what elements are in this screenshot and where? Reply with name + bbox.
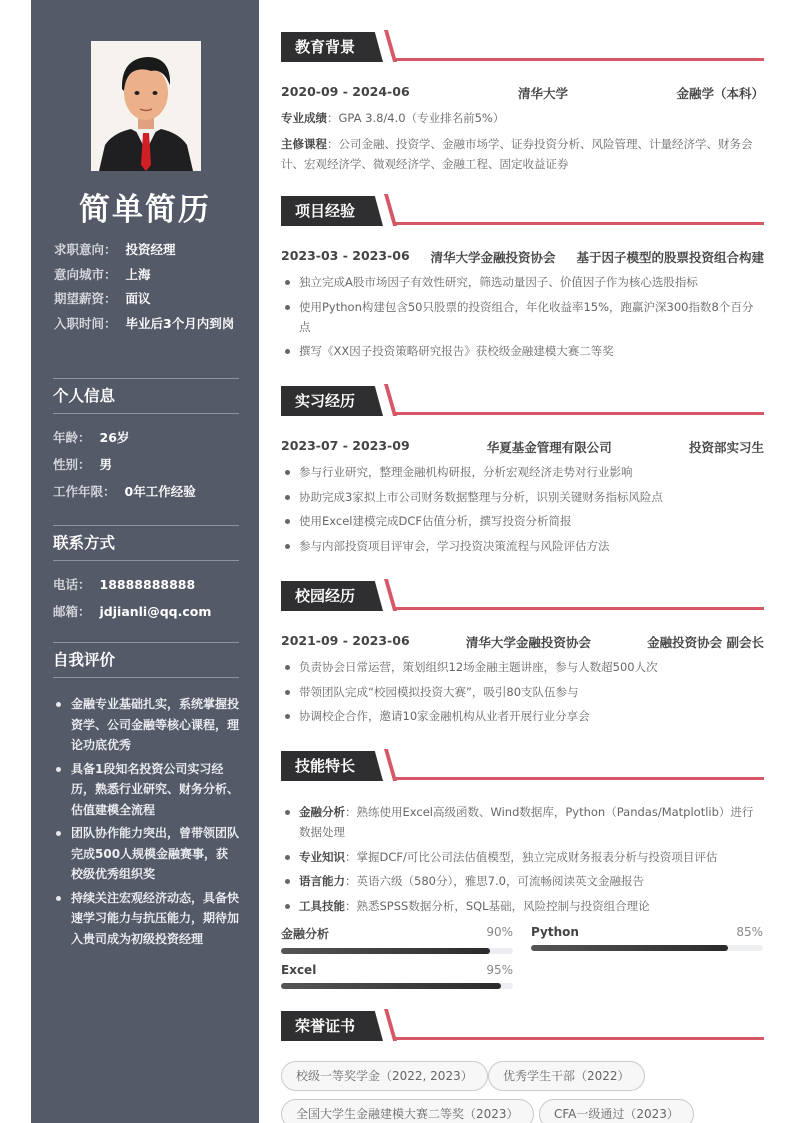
list-item: 使用Excel建模完成DCF估值分析，撰写投资分析简报 [281, 511, 764, 531]
accent-line [393, 222, 764, 225]
progress-track [281, 948, 513, 954]
major: 金融学（本科） [676, 84, 764, 102]
list-item: 专业知识：掌握DCF/可比公司法估值模型，独立完成财务报表分析与投资项目评估 [281, 847, 764, 867]
skill-bar-python: Python85% [531, 925, 763, 951]
intent-city: 意向城市： 上海 [54, 263, 254, 288]
list-item: 具备1段知名投资公司实习经历，熟悉行业研究、财务分析、估值建模全流程 [53, 759, 239, 821]
accent-line [393, 58, 764, 61]
period: 2023-07 - 2023-09 [281, 438, 410, 456]
project-row: 2023-03 - 2023-06 清华大学金融投资协会 基于因子模型的股票投资… [281, 248, 764, 266]
progress-track [531, 945, 763, 951]
period: 2023-03 - 2023-06 [281, 248, 410, 266]
section-title: 自我评价 [53, 643, 239, 677]
progress-fill [531, 945, 728, 951]
intent-salary: 期望薪资： 面议 [54, 287, 254, 312]
skill-text: ：熟悉SPSS数据分析，SQL基础，风险控制与投资组合理论 [345, 899, 650, 913]
honor-tag: 优秀学生干部（2022） [488, 1061, 645, 1091]
section-title: 校园经历 [295, 581, 355, 611]
field-label: 期望薪资： [54, 287, 117, 312]
field-label: 求职意向： [54, 238, 117, 263]
intent-position: 求职意向： 投资经理 [54, 238, 254, 263]
company: 华夏基金管理有限公司 [487, 438, 612, 456]
skill-name: Python [531, 925, 579, 939]
education-header: 教育背景 [281, 30, 764, 62]
skills-header: 技能特长 [281, 749, 764, 781]
section-title: 联系方式 [53, 526, 239, 560]
skill-label: 金融分析 [299, 805, 345, 819]
internship-header: 实习经历 [281, 384, 764, 416]
progress-track [281, 983, 513, 989]
evaluation-list: 金融专业基础扎实，系统掌握投资学、公司金融等核心课程，理论功底优秀 具备1段知名… [53, 694, 239, 949]
honors-header: 荣誉证书 [281, 1009, 764, 1041]
progress-fill [281, 948, 490, 954]
list-item: 金融分析：熟练使用Excel高级函数、Wind数据库，Python（Pandas… [281, 802, 764, 842]
gender-field: 性别： 男 [53, 451, 239, 478]
self-evaluation-section: 自我评价 金融专业基础扎实，系统掌握投资学、公司金融等核心课程，理论功底优秀 具… [53, 642, 239, 952]
list-item: 金融专业基础扎实，系统掌握投资学、公司金融等核心课程，理论功底优秀 [53, 694, 239, 756]
section-title: 荣誉证书 [295, 1011, 355, 1041]
field-label: 主修课程 [281, 137, 327, 151]
list-item: 负责协会日常运营，策划组织12场金融主题讲座，参与人数超500人次 [281, 657, 764, 677]
field-label: 电话： [53, 571, 91, 598]
phone-field: 电话： 18888888888 [53, 571, 239, 598]
field-value: 面议 [126, 287, 151, 312]
skill-percent: 95% [486, 963, 513, 977]
period: 2021-09 - 2023-06 [281, 633, 410, 651]
avatar-illustration-icon [91, 41, 201, 171]
campus-bullets: 负责协会日常运营，策划组织12场金融主题讲座，参与人数超500人次 带领团队完成… [281, 657, 764, 731]
field-label: 工作年限： [53, 478, 116, 505]
email-link[interactable]: jdjianli@qq.com [100, 598, 212, 625]
honor-tag: CFA一级通过（2023） [539, 1099, 694, 1123]
list-item: 使用Python构建包含50只股票的投资组合，年化收益率15%，跑赢沪深300指… [281, 297, 764, 337]
skill-text: ：熟练使用Excel高级函数、Wind数据库，Python（Pandas/Mat… [299, 805, 753, 839]
intent-start-date: 入职时间： 毕业后3个月内到岗 [54, 312, 254, 337]
list-item: 独立完成A股市场因子有效性研究，筛选动量因子、价值因子作为核心选股指标 [281, 272, 764, 292]
project-bullets: 独立完成A股市场因子有效性研究，筛选动量因子、价值因子作为核心选股指标 使用Py… [281, 272, 764, 366]
skill-text: ：英语六级（580分），雅思7.0，可流畅阅读英文金融报告 [345, 874, 644, 888]
sidebar: 简单简历 求职意向： 投资经理 意向城市： 上海 期望薪资： 面议 入职时间： … [31, 0, 259, 1123]
section-title: 教育背景 [295, 32, 355, 62]
school: 清华大学 [518, 84, 568, 102]
skill-bar-excel: Excel95% [281, 963, 513, 989]
field-value: 26岁 [100, 424, 130, 451]
list-item: 持续关注宏观经济动态，具备快速学习能力与抗压能力，期待加入贵司成为初级投资经理 [53, 888, 239, 950]
skill-label: 工具技能 [299, 899, 345, 913]
position: 投资部实习生 [689, 438, 764, 456]
campus-header: 校园经历 [281, 579, 764, 611]
profile-photo [91, 41, 201, 171]
list-item: 参与内部投资项目评审会，学习投资决策流程与风险评估方法 [281, 536, 764, 556]
experience-years-field: 工作年限： 0年工作经验 [53, 478, 239, 505]
list-item: 语言能力：英语六级（580分），雅思7.0，可流畅阅读英文金融报告 [281, 871, 764, 891]
field-label: 年龄： [53, 424, 91, 451]
contact-section: 联系方式 电话： 18888888888 邮箱： jdjianli@qq.com [53, 525, 239, 625]
organization: 清华大学金融投资协会 [466, 633, 591, 651]
skill-percent: 85% [736, 925, 763, 939]
job-intent-list: 求职意向： 投资经理 意向城市： 上海 期望薪资： 面议 入职时间： 毕业后3个… [54, 238, 254, 336]
field-value: ：GPA 3.8/4.0（专业排名前5%） [327, 111, 504, 125]
courses-line: 主修课程：公司金融、投资学、金融市场学、证券投资分析、风险管理、计量经济学、财务… [281, 134, 764, 174]
skill-percent: 90% [486, 925, 513, 942]
project-name: 基于因子模型的股票投资组合构建 [576, 248, 764, 266]
field-value: 0年工作经验 [125, 478, 196, 505]
field-label: 专业成绩 [281, 111, 327, 125]
field-value: 上海 [126, 263, 151, 288]
progress-fill [281, 983, 501, 989]
list-item: 团队协作能力突出，曾带领团队完成500人规模金融赛事，获校级优秀组织奖 [53, 823, 239, 885]
accent-line [393, 412, 764, 415]
accent-line [393, 607, 764, 610]
list-item: 协助完成3家拟上市公司财务数据整理与分析，识别关键财务指标风险点 [281, 487, 764, 507]
skill-name: Excel [281, 963, 316, 977]
field-label: 意向城市： [54, 263, 117, 288]
skill-bar-finance: 金融分析90% [281, 925, 513, 954]
personal-info-section: 个人信息 年龄： 26岁 性别： 男 工作年限： 0年工作经验 [53, 378, 239, 505]
position: 金融投资协会 副会长 [647, 633, 764, 651]
section-title: 技能特长 [295, 751, 355, 781]
section-title: 项目经验 [295, 196, 355, 226]
list-item: 协调校企合作，邀请10家金融机构从业者开展行业分享会 [281, 706, 764, 726]
list-item: 工具技能：熟悉SPSS数据分析，SQL基础，风险控制与投资组合理论 [281, 896, 764, 916]
resume-name: 简单简历 [31, 184, 259, 229]
section-title: 个人信息 [53, 379, 239, 413]
honor-tag: 全国大学生金融建模大赛二等奖（2023） [281, 1099, 534, 1123]
section-title: 实习经历 [295, 386, 355, 416]
period: 2020-09 - 2024-06 [281, 84, 410, 102]
campus-row: 2021-09 - 2023-06 清华大学金融投资协会 金融投资协会 副会长 [281, 633, 764, 651]
list-item: 参与行业研究，整理金融机构研报，分析宏观经济走势对行业影响 [281, 462, 764, 482]
field-label: 入职时间： [54, 312, 117, 337]
resume-page: 简单简历 求职意向： 投资经理 意向城市： 上海 期望薪资： 面议 入职时间： … [0, 0, 794, 1123]
organization: 清华大学金融投资协会 [431, 248, 556, 266]
age-field: 年龄： 26岁 [53, 424, 239, 451]
field-label: 邮箱： [53, 598, 91, 625]
field-value: ：公司金融、投资学、金融市场学、证券投资分析、风险管理、计量经济学、财务会计、宏… [281, 137, 753, 171]
phone-number[interactable]: 18888888888 [100, 571, 196, 598]
project-header: 项目经验 [281, 194, 764, 226]
internship-row: 2023-07 - 2023-09 华夏基金管理有限公司 投资部实习生 [281, 438, 764, 456]
skills-bullets: 金融分析：熟练使用Excel高级函数、Wind数据库，Python（Pandas… [281, 802, 764, 920]
list-item: 撰写《XX因子投资策略研究报告》获校级金融建模大赛二等奖 [281, 341, 764, 361]
list-item: 带领团队完成“校园模拟投资大赛”，吸引80支队伍参与 [281, 682, 764, 702]
honor-tag: 校级一等奖学金（2022, 2023） [281, 1061, 488, 1091]
field-value: 投资经理 [126, 238, 176, 263]
divider [53, 677, 239, 678]
accent-line [393, 777, 764, 780]
skill-name: 金融分析 [281, 925, 329, 942]
accent-line [393, 1037, 764, 1040]
gpa-line: 专业成绩：GPA 3.8/4.0（专业排名前5%） [281, 108, 764, 128]
field-value: 毕业后3个月内到岗 [126, 312, 235, 337]
skill-label: 专业知识 [299, 850, 345, 864]
field-label: 性别： [53, 451, 91, 478]
skill-text: ：掌握DCF/可比公司法估值模型，独立完成财务报表分析与投资项目评估 [345, 850, 717, 864]
field-value: 男 [100, 451, 113, 478]
education-row: 2020-09 - 2024-06 清华大学 金融学（本科） [281, 84, 764, 102]
email-field: 邮箱： jdjianli@qq.com [53, 598, 239, 625]
internship-bullets: 参与行业研究，整理金融机构研报，分析宏观经济走势对行业影响 协助完成3家拟上市公… [281, 462, 764, 560]
skill-label: 语言能力 [299, 874, 345, 888]
